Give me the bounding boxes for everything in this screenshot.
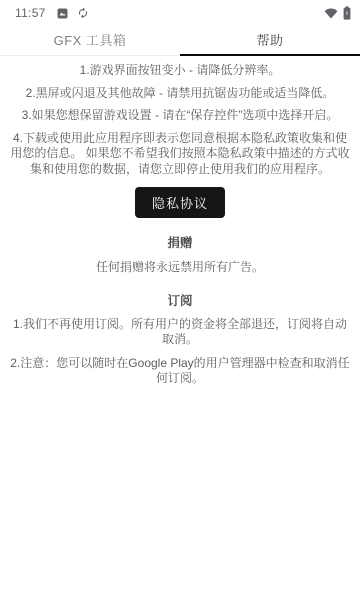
subscription-note-2: 2.注意：您可以随时在Google Play的用户管理器中检查和取消任何订阅。: [9, 356, 351, 387]
help-tip-4: 4.下载或使用此应用程序即表示您同意根据本隐私政策收集和使用您的信息。 如果您不…: [9, 131, 351, 178]
tab-gfx-toolbox[interactable]: GFX 工具箱: [0, 24, 180, 56]
help-page: 1.游戏界面按钮变小 - 请降低分辨率。 2.黑屏或闪退及其他故障 - 请禁用抗…: [0, 56, 360, 387]
help-tip-1: 1.游戏界面按钮变小 - 请降低分辨率。: [9, 63, 351, 79]
image-notification-icon: [57, 8, 68, 19]
privacy-button-row: 隐私协议: [9, 187, 351, 218]
subscription-note-1: 1.我们不再使用订阅。所有用户的资金将全部退还，订阅将自动取消。: [9, 317, 351, 348]
donation-section-title: 捐赠: [9, 233, 351, 251]
notification-icons: [57, 7, 89, 19]
help-tip-2: 2.黑屏或闪退及其他故障 - 请禁用抗锯齿功能或适当降低。: [9, 86, 351, 102]
wifi-icon: [324, 8, 338, 19]
battery-icon: [343, 6, 351, 20]
tab-gfx-toolbox-label: GFX 工具箱: [54, 30, 127, 49]
tab-help[interactable]: 帮助: [180, 24, 360, 56]
clock: 11:57: [15, 6, 46, 20]
subscription-section-title: 订阅: [9, 291, 351, 309]
privacy-policy-button[interactable]: 隐私协议: [135, 187, 225, 218]
donation-section-body: 任何捐赠将永远禁用所有广告。: [9, 260, 351, 276]
tab-help-label: 帮助: [256, 30, 283, 49]
status-bar: 11:57: [0, 0, 360, 24]
help-tip-3: 3.如果您想保留游戏设置 - 请在“保存控件”选项中选择开启。: [9, 108, 351, 124]
system-icons: [324, 6, 351, 20]
tab-bar: GFX 工具箱 帮助: [0, 24, 360, 56]
sync-icon: [77, 7, 89, 19]
